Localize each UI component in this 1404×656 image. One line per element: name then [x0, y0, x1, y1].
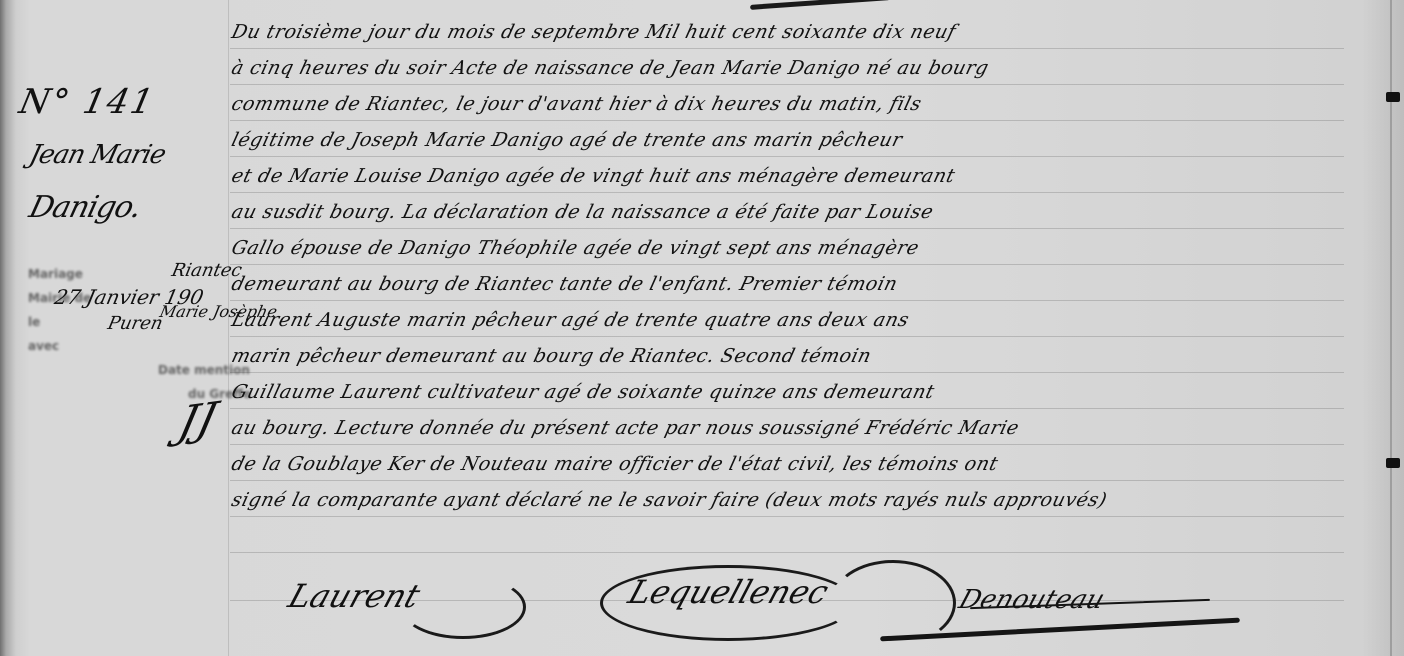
body-line: légitime de Joseph Marie Danigo agé de t… — [228, 122, 1347, 158]
body-line: et de Marie Louise Danigo agée de vingt … — [228, 158, 1347, 194]
body-line: au bourg. Lecture donnée du présent acte… — [228, 410, 1347, 446]
annotation-spouse-surname: Puren — [106, 313, 165, 334]
body-line: commune de Riantec, le jour d'avant hier… — [228, 86, 1347, 122]
body-line: de la Goublaye Ker de Nouteau maire offi… — [228, 446, 1347, 482]
body-line: à cinq heures du soir Acte de naissance … — [228, 50, 1347, 86]
stamp-line: Date mention — [28, 358, 238, 382]
body-line: Laurent Auguste marin pêcheur agé de tre… — [228, 302, 1347, 338]
body-line: demeurant au bourg de Riantec tante de l… — [228, 266, 1347, 302]
register-page-scan: N° 141 Jean Marie Danigo. Mariage Mairie… — [0, 0, 1404, 656]
margin-child-given-names: Jean Marie — [26, 140, 168, 170]
body-line: signé la comparante ayant déclaré ne le … — [228, 482, 1347, 518]
body-line: marin pêcheur demeurant au bourg de Rian… — [228, 338, 1347, 374]
signature-mayor: Denouteau — [955, 585, 1108, 615]
entry-number: N° 141 — [16, 82, 159, 122]
edge-ink-mark — [1386, 458, 1400, 468]
ruled-line — [230, 552, 1344, 553]
entry-body: Du troisième jour du mois de septembre M… — [232, 14, 1342, 518]
body-line: Gallo épouse de Danigo Théophile agée de… — [228, 230, 1347, 266]
margin-child-surname: Danigo. — [26, 190, 145, 225]
stamp-line: avec — [28, 334, 238, 358]
body-line: Guillaume Laurent cultivateur agé de soi… — [228, 374, 1347, 410]
edge-ink-mark — [1386, 92, 1400, 102]
signature-flourish — [400, 575, 526, 639]
body-line: au susdit bourg. La déclaration de la na… — [228, 194, 1347, 230]
signatures-row: Laurent Lequellenec Denouteau — [270, 555, 1270, 645]
ink-stroke — [750, 0, 890, 10]
signature-flourish — [600, 565, 856, 641]
body-line: Du troisième jour du mois de septembre M… — [228, 14, 1347, 50]
marriage-mention-stamp: Mariage Mairie de le avec Date mention d… — [28, 262, 238, 406]
